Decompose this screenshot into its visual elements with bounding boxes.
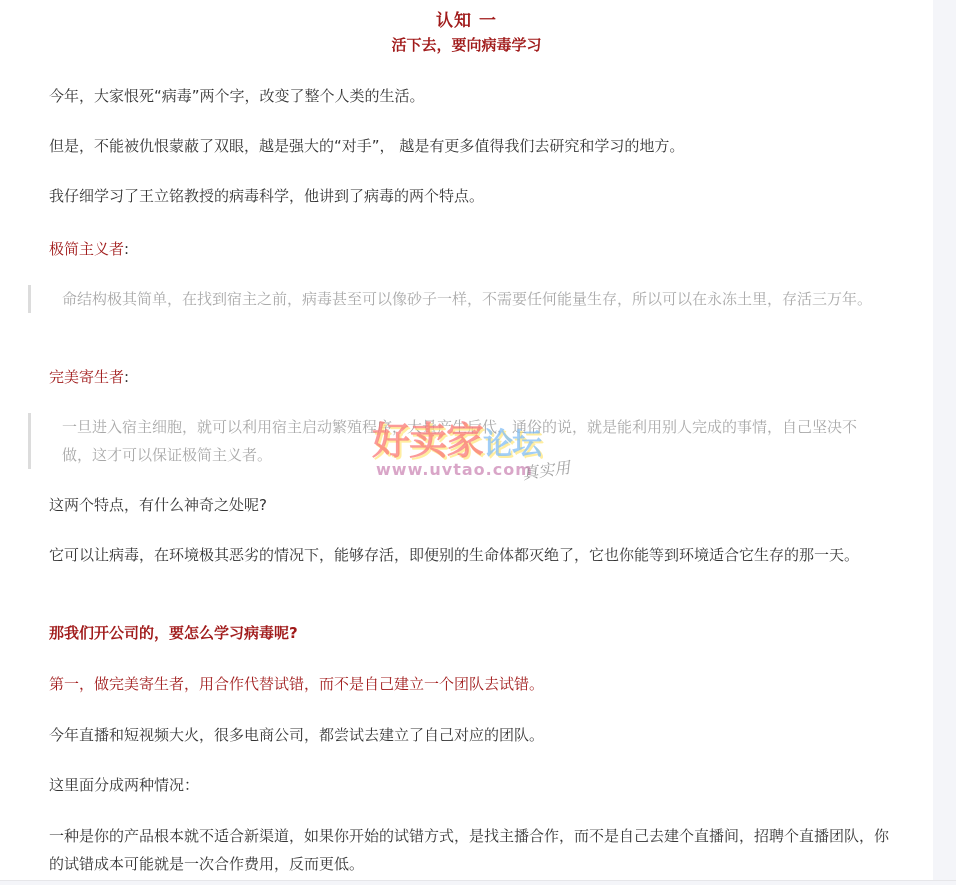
heading-label: 极简主义者 — [49, 240, 124, 258]
article-title: 认知 一 — [0, 6, 933, 31]
paragraph: 今年，大家恨死“病毒”两个字，改变了整个人类的生活。 — [49, 82, 889, 110]
section-heading-parasite: 完美寄生者: — [49, 363, 889, 391]
bottom-strip — [0, 880, 956, 885]
section-heading-company: 那我们开公司的，要怎么学习病毒呢? — [49, 619, 889, 647]
heading-colon: : — [124, 240, 129, 258]
paragraph: 今年直播和短视频大火，很多电商公司，都尝试去建立了自己对应的团队。 — [49, 721, 889, 749]
paragraph: 一种是你的产品根本就不适合新渠道，如果你开始的试错方式，是找主播合作，而不是自己… — [49, 822, 889, 878]
paragraph: 但是，不能被仇恨蒙蔽了双眼，越是强大的“对手”， 越是有更多值得我们去研究和学习… — [49, 132, 889, 160]
right-sidebar-strip — [933, 0, 956, 885]
paragraph: 这两个特点，有什么神奇之处呢? — [49, 491, 889, 519]
blockquote-minimalist: 命结构极其简单，在找到宿主之前，病毒甚至可以像砂子一样，不需要任何能量生存，所以… — [28, 285, 878, 313]
article-page: 认知 一 活下去，要向病毒学习 今年，大家恨死“病毒”两个字，改变了整个人类的生… — [0, 0, 933, 880]
article-subtitle: 活下去，要向病毒学习 — [0, 34, 933, 55]
paragraph: 它可以让病毒，在环境极其恶劣的情况下，能够存活，即便别的生命体都灭绝了，它也你能… — [49, 541, 889, 569]
blockquote-parasite: 一旦进入宿主细胞，就可以利用宿主启动繁殖程序，大量产生后代，通俗的说，就是能利用… — [28, 413, 878, 469]
paragraph: 这里面分成两种情况： — [49, 771, 889, 799]
heading-label: 完美寄生者 — [49, 368, 124, 386]
section-heading-minimalist: 极简主义者: — [49, 235, 889, 263]
paragraph: 我仔细学习了王立铭教授的病毒科学，他讲到了病毒的两个特点。 — [49, 182, 889, 210]
heading-colon: : — [124, 368, 129, 386]
section-subheading-first: 第一，做完美寄生者，用合作代替试错，而不是自己建立一个团队去试错。 — [49, 670, 889, 698]
